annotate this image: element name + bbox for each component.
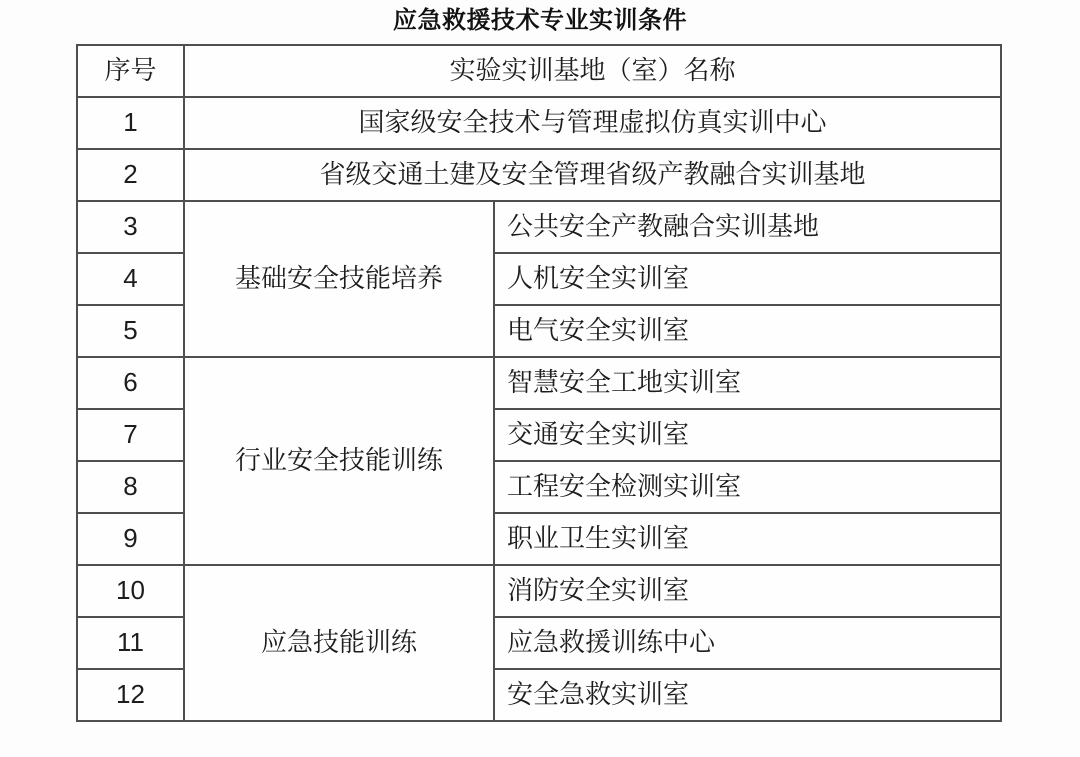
group-cell-industry: 行业安全技能训练 bbox=[184, 357, 494, 565]
table-row: 1 国家级安全技术与管理虚拟仿真实训中心 bbox=[77, 97, 1001, 149]
row-no-cell: 1 bbox=[77, 97, 184, 149]
facility-name-cell: 公共安全产教融合实训基地 bbox=[494, 201, 1001, 253]
facility-name-cell: 应急救援训练中心 bbox=[494, 617, 1001, 669]
row-no-cell: 2 bbox=[77, 149, 184, 201]
facility-name-cell: 职业卫生实训室 bbox=[494, 513, 1001, 565]
row-no-cell: 7 bbox=[77, 409, 184, 461]
facility-name-cell: 交通安全实训室 bbox=[494, 409, 1001, 461]
row-no-cell: 3 bbox=[77, 201, 184, 253]
facility-name-cell: 工程安全检测实训室 bbox=[494, 461, 1001, 513]
facility-name-cell: 电气安全实训室 bbox=[494, 305, 1001, 357]
table-row: 2 省级交通土建及安全管理省级产教融合实训基地 bbox=[77, 149, 1001, 201]
header-cell-name: 实验实训基地（室）名称 bbox=[184, 45, 1001, 97]
facility-name-cell: 智慧安全工地实训室 bbox=[494, 357, 1001, 409]
table-row: 10 应急技能训练 消防安全实训室 bbox=[77, 565, 1001, 617]
group-cell-basic: 基础安全技能培养 bbox=[184, 201, 494, 357]
group-cell-emergency: 应急技能训练 bbox=[184, 565, 494, 721]
page-title: 应急救援技术专业实训条件 bbox=[0, 6, 1080, 36]
row-no-cell: 11 bbox=[77, 617, 184, 669]
training-conditions-table: 序号 实验实训基地（室）名称 1 国家级安全技术与管理虚拟仿真实训中心 2 省级… bbox=[76, 44, 1002, 722]
facility-name-cell: 安全急救实训室 bbox=[494, 669, 1001, 721]
document-page: 应急救援技术专业实训条件 序号 实验实训基地（室）名称 1 国家级安全技术与管理… bbox=[0, 0, 1080, 757]
facility-name-cell: 国家级安全技术与管理虚拟仿真实训中心 bbox=[184, 97, 1001, 149]
table-header-row: 序号 实验实训基地（室）名称 bbox=[77, 45, 1001, 97]
facility-name-cell: 人机安全实训室 bbox=[494, 253, 1001, 305]
row-no-cell: 8 bbox=[77, 461, 184, 513]
row-no-cell: 9 bbox=[77, 513, 184, 565]
row-no-cell: 4 bbox=[77, 253, 184, 305]
table-row: 3 基础安全技能培养 公共安全产教融合实训基地 bbox=[77, 201, 1001, 253]
facility-name-cell: 消防安全实训室 bbox=[494, 565, 1001, 617]
table-row: 6 行业安全技能训练 智慧安全工地实训室 bbox=[77, 357, 1001, 409]
facility-name-cell: 省级交通土建及安全管理省级产教融合实训基地 bbox=[184, 149, 1001, 201]
row-no-cell: 5 bbox=[77, 305, 184, 357]
row-no-cell: 6 bbox=[77, 357, 184, 409]
row-no-cell: 12 bbox=[77, 669, 184, 721]
header-cell-no: 序号 bbox=[77, 45, 184, 97]
row-no-cell: 10 bbox=[77, 565, 184, 617]
